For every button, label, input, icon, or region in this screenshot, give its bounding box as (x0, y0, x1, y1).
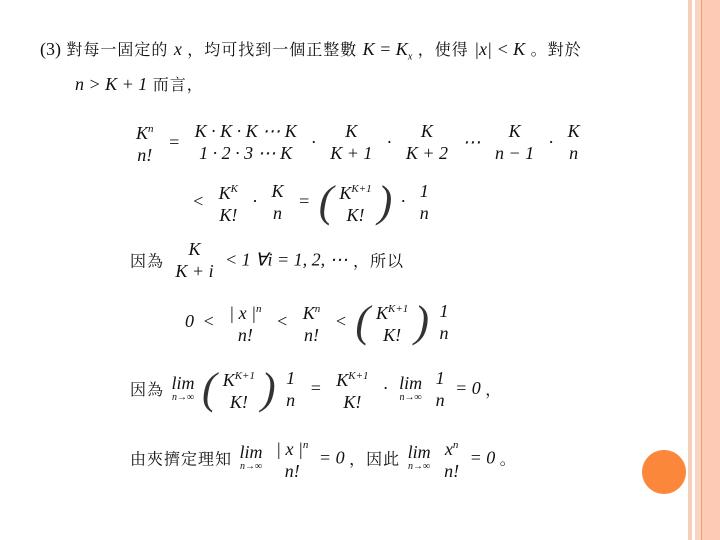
den: n (434, 389, 447, 411)
den: n (284, 389, 297, 411)
den: K! (228, 391, 250, 413)
math: < 1 ∀i = 1, 2, ⋯ (225, 250, 348, 270)
math: | x | (276, 439, 303, 459)
paren: ( (319, 177, 334, 226)
text: 。 (500, 450, 517, 469)
fraction: KK+1K! (337, 178, 373, 226)
text: ，因此 (349, 450, 400, 469)
ellipsis: ⋯ (463, 132, 481, 152)
num: K (566, 120, 582, 142)
fraction: Kn (270, 180, 286, 224)
math: K (336, 370, 348, 390)
math-sub: x (408, 52, 412, 63)
fraction: Kn (566, 120, 582, 164)
math-sup: n (303, 439, 309, 451)
dot: · (401, 191, 406, 211)
fraction: KKK! (217, 178, 240, 226)
math: K (136, 123, 148, 143)
lim: lim (172, 374, 195, 392)
math: K (376, 303, 388, 323)
border-stripe (688, 0, 692, 540)
text: ，使得 (418, 40, 469, 59)
den: n! (442, 460, 461, 482)
fraction: KK+1K! (221, 365, 257, 413)
decorative-dot (642, 450, 686, 494)
part-label: (3) (40, 39, 61, 59)
equals: = (310, 378, 322, 398)
lim-sub: n→∞ (172, 392, 194, 404)
limit: limn→∞ (399, 374, 422, 404)
equals: = (168, 132, 180, 152)
den: K + 1 (328, 142, 374, 164)
lim: lim (399, 374, 422, 392)
math: K (219, 183, 231, 203)
num: KK+1 (334, 365, 370, 391)
text: 。對於 (531, 40, 582, 59)
text: 對每一固定的 (66, 40, 168, 59)
fraction: KK + 2 (404, 120, 450, 164)
lim: lim (240, 443, 263, 461)
math-sup: K+1 (388, 303, 408, 315)
math-sup: n (148, 123, 154, 135)
den: K + 2 (404, 142, 450, 164)
math-sup: n (315, 303, 321, 315)
math: K (303, 303, 315, 323)
math: K = Kx (363, 39, 413, 59)
fraction: KK+1K! (374, 298, 410, 346)
fraction: Knn! (301, 298, 323, 346)
dot: · (387, 132, 392, 152)
paren: ( (202, 364, 217, 413)
num: KK+1 (374, 298, 410, 324)
lim: lim (408, 443, 431, 461)
border-stripe (702, 0, 720, 540)
math: | x | (229, 303, 256, 323)
lim-sub: n→∞ (408, 461, 430, 473)
fraction: | x |nn! (227, 298, 263, 346)
text: ，所以 (353, 252, 404, 271)
math-sup: K (231, 183, 238, 195)
dot: · (383, 378, 388, 398)
text: 由夾擠定理知 (130, 450, 232, 469)
num: KK+1 (221, 365, 257, 391)
den: 1 · 2 · 3 ⋯ K (197, 142, 294, 164)
math: = 0 (470, 448, 496, 468)
fraction: 1n (434, 367, 447, 411)
num: K (419, 120, 435, 142)
num: Kn (134, 118, 156, 144)
math-sup: K+1 (351, 183, 371, 195)
num: Kn (301, 298, 323, 324)
num: 1 (418, 180, 431, 202)
paren: ( (355, 297, 370, 346)
paren: ) (414, 297, 429, 346)
math: x (445, 439, 453, 459)
lim-sub: n→∞ (240, 461, 262, 473)
den: n! (283, 460, 302, 482)
equation-2: < KKK! · Kn = (KK+1K!) · 1n (188, 176, 435, 227)
fraction: | x |nn! (274, 434, 310, 482)
num: | x |n (274, 434, 310, 460)
math-sup: n (453, 439, 459, 451)
num: 1 (284, 367, 297, 389)
num: KK+1 (337, 178, 373, 204)
math: K = K (363, 39, 408, 59)
fraction: K · K · K ⋯ K1 · 2 · 3 ⋯ K (193, 120, 299, 164)
math: = 0 (455, 378, 481, 398)
num: xn (443, 434, 461, 460)
den: K! (217, 204, 239, 226)
fraction: Kn − 1 (493, 120, 536, 164)
fraction: 1n (437, 300, 450, 344)
equation-1: Knn! = K · K · K ⋯ K1 · 2 · 3 ⋯ K · KK +… (130, 118, 586, 166)
limit: limn→∞ (240, 443, 263, 473)
num: K (270, 180, 286, 202)
fraction: KK+1K! (334, 365, 370, 413)
den: n (567, 142, 580, 164)
inequality-chain: 0 < | x |nn! < Knn! < (KK+1K!) 1n (185, 296, 454, 347)
math: 0 (185, 311, 194, 331)
dot: · (253, 191, 258, 211)
lim-sub: n→∞ (400, 392, 422, 404)
num: K (186, 238, 202, 260)
limit: limn→∞ (408, 443, 431, 473)
fraction: Knn! (134, 118, 156, 166)
intro-line-1: (3) 對每一固定的 x ，均可找到一個正整數 K = Kx ，使得 |x| <… (40, 37, 582, 63)
text: ，均可找到一個正整數 (187, 40, 357, 59)
fraction: KK + 1 (328, 120, 374, 164)
den: n (271, 202, 284, 224)
num: K · K · K ⋯ K (193, 120, 299, 142)
num: KK (217, 178, 240, 204)
math: x (174, 39, 182, 59)
paren: ) (261, 364, 276, 413)
dot: · (549, 132, 554, 152)
because-line-2: 因為 limn→∞ (KK+1K!) 1n = KK+1K! · limn→∞ … (130, 363, 502, 414)
text: 因為 (130, 380, 164, 399)
num: 1 (434, 367, 447, 389)
math-sup: K+1 (235, 370, 255, 382)
den: n! (135, 144, 154, 166)
fraction: xnn! (442, 434, 461, 482)
num: K (507, 120, 523, 142)
math-sup: K+1 (348, 370, 368, 382)
den: n − 1 (493, 142, 536, 164)
because-line-1: 因為 KK + i < 1 ∀i = 1, 2, ⋯ ，所以 (130, 238, 404, 282)
text: 而言， (153, 75, 204, 94)
num: 1 (437, 300, 450, 322)
math: = 0 (319, 448, 345, 468)
den: K + i (173, 260, 215, 282)
fraction: 1n (418, 180, 431, 224)
num: | x |n (227, 298, 263, 324)
math: K (339, 183, 351, 203)
limit: limn→∞ (172, 374, 195, 404)
less-than: < (203, 311, 215, 331)
fraction: 1n (284, 367, 297, 411)
den: n! (236, 324, 255, 346)
text: 因為 (130, 252, 164, 271)
text: ， (485, 380, 502, 399)
den: n! (302, 324, 321, 346)
paren: ) (378, 177, 393, 226)
den: n (418, 202, 431, 224)
equals: = (298, 191, 310, 211)
num: K (343, 120, 359, 142)
math: K (223, 370, 235, 390)
intro-line-2: n > K + 1 而言， (75, 72, 204, 95)
dot: · (311, 132, 316, 152)
math: |x| < K (474, 39, 525, 59)
less-than: < (276, 311, 288, 331)
less-than: < (335, 311, 347, 331)
den: K! (341, 391, 363, 413)
den: K! (381, 324, 403, 346)
math-sup: n (256, 303, 262, 315)
fraction: KK + i (173, 238, 215, 282)
math: n > K + 1 (75, 74, 147, 94)
conclusion-line: 由夾擠定理知 limn→∞ | x |nn! = 0 ，因此 limn→∞ xn… (130, 434, 517, 482)
less-than: < (192, 191, 204, 211)
den: K! (344, 204, 366, 226)
den: n (437, 322, 450, 344)
